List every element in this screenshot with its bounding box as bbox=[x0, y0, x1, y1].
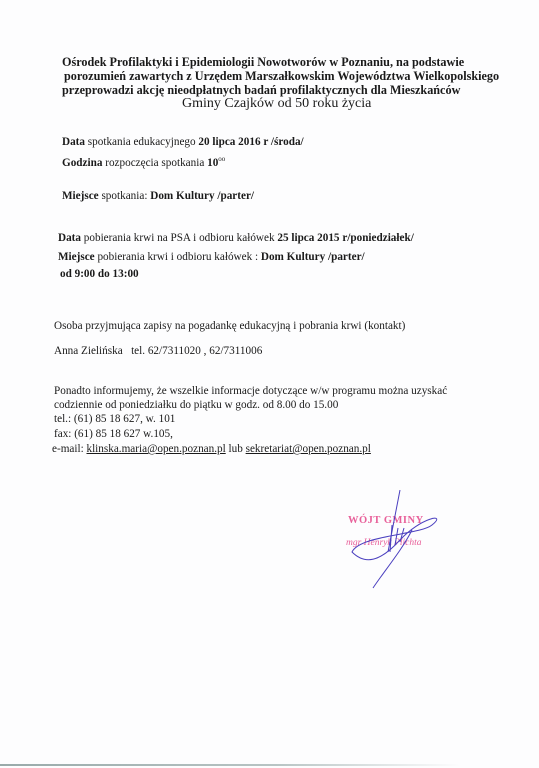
blood-place-value: Dom Kultury /parter/ bbox=[261, 251, 365, 263]
meeting-date: Data spotkania edukacyjnego 20 lipca 201… bbox=[62, 136, 304, 148]
email-separator: lub bbox=[226, 443, 246, 455]
contact-person: Anna Zielińska bbox=[54, 345, 123, 357]
blood-date-value: 25 lipca 2015 r/poniedziałek/ bbox=[277, 232, 413, 244]
meeting-time-value: 10 bbox=[207, 157, 218, 169]
meeting-time: Godzina rozpoczęcia spotkania 10oo bbox=[62, 155, 225, 169]
meeting-place-text: spotkania: bbox=[99, 190, 151, 202]
blood-place-label: Miejsce bbox=[58, 251, 95, 263]
meeting-date-text: spotkania edukacyjnego bbox=[85, 136, 198, 148]
blood-place-text: pobierania krwi i odbioru kałówek : bbox=[95, 251, 261, 263]
meeting-time-label: Godzina bbox=[62, 157, 102, 169]
contact-phones: tel. 62/7311020 , 62/7311006 bbox=[131, 345, 262, 357]
meeting-date-value: 20 lipca 2016 r /środa/ bbox=[198, 136, 303, 148]
contact-line: Anna Zielińska tel. 62/7311020 , 62/7311… bbox=[54, 345, 262, 357]
meeting-place-value: Dom Kultury /parter/ bbox=[150, 190, 254, 202]
header-line-2: porozumień zawartych z Urzędem Marszałko… bbox=[64, 70, 499, 83]
signature-mark bbox=[340, 490, 460, 600]
info-line-2: codziennie od poniedziałku do piątku w g… bbox=[54, 399, 338, 411]
meeting-time-text: rozpoczęcia spotkania bbox=[102, 157, 207, 169]
blood-date: Data pobierania krwi na PSA i odbioru ka… bbox=[58, 232, 414, 244]
blood-hours-value: od 9:00 do 13:00 bbox=[60, 268, 139, 280]
blood-hours: od 9:00 do 13:00 bbox=[60, 268, 139, 280]
header-line-4: Gminy Czajków od 50 roku życia bbox=[182, 96, 371, 112]
info-email: e-mail: klinska.maria@open.poznan.pl lub… bbox=[52, 443, 371, 455]
meeting-place-label: Miejsce bbox=[62, 190, 99, 202]
email-link-2[interactable]: sekretariat@open.poznan.pl bbox=[246, 443, 371, 455]
meeting-date-label: Data bbox=[62, 136, 85, 148]
email-link-1[interactable]: klinska.maria@open.poznan.pl bbox=[86, 443, 225, 455]
scan-edge-line bbox=[0, 764, 460, 766]
meeting-time-sup: oo bbox=[218, 155, 225, 163]
blood-date-text: pobierania krwi na PSA i odbioru kałówek bbox=[81, 232, 277, 244]
blood-place: Miejsce pobierania krwi i odbioru kałówe… bbox=[58, 251, 365, 263]
email-label: e-mail: bbox=[52, 443, 86, 455]
meeting-place: Miejsce spotkania: Dom Kultury /parter/ bbox=[62, 190, 254, 202]
contact-intro: Osoba przyjmująca zapisy na pogadankę ed… bbox=[54, 320, 405, 332]
blood-date-label: Data bbox=[58, 232, 81, 244]
info-fax: fax: (61) 85 18 627 w.105, bbox=[54, 428, 173, 440]
info-tel: tel.: (61) 85 18 627, w. 101 bbox=[54, 413, 175, 425]
header-line-1: Ośrodek Profilaktyki i Epidemiologii Now… bbox=[62, 56, 464, 69]
info-line-1: Ponadto informujemy, że wszelkie informa… bbox=[54, 385, 447, 397]
